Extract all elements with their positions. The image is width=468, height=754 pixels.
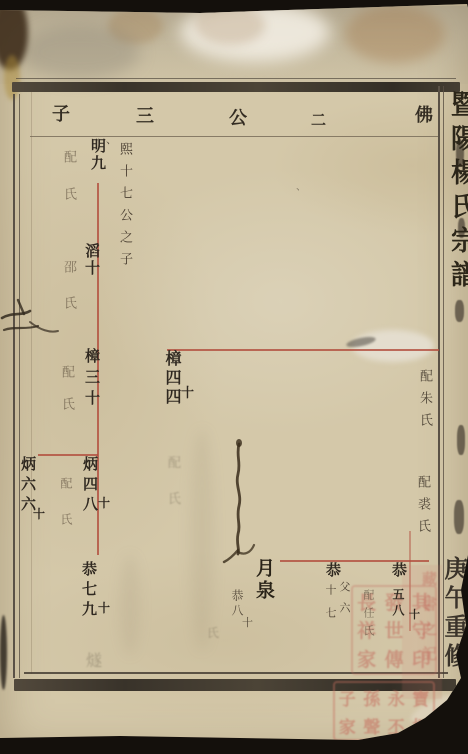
- stain-brown-ring: [195, 5, 265, 45]
- seal-glyph: 藏: [420, 571, 438, 596]
- stain-gray: [20, 25, 140, 80]
- seal-glyph: 之: [420, 621, 438, 646]
- red-seal-strip: 藏書之記: [402, 565, 442, 699]
- ink-comma-mark: 、: [296, 178, 306, 193]
- person-label-gong79: 恭七九 十: [81, 561, 96, 621]
- seal-glyph: 書: [420, 596, 438, 621]
- ghost-char: 氏: [168, 488, 181, 507]
- paper-sheet: 長發其 祥世守 家傳印 藏書之記 子孫永寶 家聲丕振 佛 二 公 三 子 暨陽楊…: [0, 0, 468, 754]
- person-name-side-digit: 十: [98, 494, 110, 511]
- fold-crease: [31, 92, 32, 674]
- ink-crack-squiggle: [215, 435, 265, 570]
- seal-glyph: 永: [388, 685, 405, 710]
- ghost-char: 燧: [86, 648, 102, 671]
- seal-glyph: 丕: [388, 713, 405, 738]
- seal-glyph: 聲: [363, 713, 380, 738]
- bleed-through-smudge: [190, 430, 214, 650]
- frame-left-border: [13, 94, 15, 678]
- stain-white-patch: [352, 330, 434, 362]
- edition-note: 庚午重修: [442, 556, 466, 672]
- red-seal-bottom: 子孫永寶 家聲丕振: [333, 681, 435, 741]
- seal-glyph: 傳: [384, 645, 403, 672]
- person-name-stack: 恭七九: [81, 561, 96, 621]
- stain-brown-ring: [345, 5, 445, 63]
- generation-note: 熙十七公之子: [118, 142, 131, 274]
- edge-speck: [457, 425, 465, 455]
- bleed-through-smudge: [120, 555, 140, 655]
- seal-glyph: 振: [412, 713, 429, 738]
- seal-glyph: 寶: [412, 685, 429, 710]
- person-label-gong80: 恭八 十: [231, 589, 243, 619]
- seal-glyph: 家: [339, 713, 356, 738]
- ink-scribble-mark: [0, 295, 65, 350]
- edge-speck: [455, 300, 464, 322]
- spouse-label-zhang30: 配氏: [60, 365, 73, 429]
- scanned-genealogy-page: 長發其 祥世守 家傳印 藏書之記 子孫永寶 家聲丕振 佛 二 公 三 子 暨陽楊…: [0, 0, 468, 754]
- frame-top-band: [12, 82, 460, 92]
- person-name-side-digit: 十: [409, 606, 420, 622]
- spouse-label-mingjiu: 配氏: [62, 150, 75, 224]
- header-char-zi: 子: [52, 100, 70, 126]
- header-char-san: 三: [136, 102, 154, 128]
- connector-horizontal-upper: [167, 349, 439, 351]
- spouse-label-bing48: 配氏: [60, 477, 72, 549]
- person-name-head: 恭: [392, 559, 407, 580]
- person-label-mingjiu: 明九: [90, 138, 105, 172]
- person-note-right-column: 父六: [339, 581, 350, 623]
- stain-edge-dark: [0, 615, 7, 690]
- ink-comma-mark: 、: [106, 131, 117, 147]
- frame-top-thin: [16, 78, 456, 79]
- seal-glyph: 記: [420, 646, 438, 671]
- ghost-char: 配: [168, 452, 181, 471]
- person-name-side-digit: 十: [242, 614, 253, 630]
- spouse-label-gong58: 配任氏: [363, 589, 374, 643]
- seal-glyph: 家: [357, 645, 376, 672]
- person-name-stack: 五八: [392, 588, 404, 620]
- seal-glyph: 子: [339, 685, 356, 710]
- person-label-bing48: 炳四八 十: [82, 456, 97, 516]
- person-name-side-digit: 十: [33, 505, 45, 522]
- person-name-side-digit: 十: [181, 382, 194, 401]
- person-label-zhang44: 樟四四 十: [164, 350, 180, 407]
- edge-speck: [454, 500, 464, 534]
- person-name-head: 恭: [326, 559, 341, 580]
- seal-glyph: 世: [384, 616, 403, 643]
- spouse-label-zhu: 配朱氏: [418, 369, 431, 435]
- header-char-gong: 公: [229, 104, 247, 130]
- book-title-column: 暨陽楊氏宗譜: [448, 90, 468, 294]
- header-char-er: 二: [311, 109, 326, 130]
- person-note-left-column: 十七: [325, 584, 336, 630]
- seal-glyph: 孫: [363, 685, 380, 710]
- spouse-label-qiu: 配裘氏: [416, 475, 429, 541]
- person-label-taoshi: 滔十: [84, 243, 99, 277]
- person-label-bing66: 炳六六 十: [20, 456, 35, 516]
- frame-header-separator: [30, 136, 438, 137]
- header-char-fo: 佛: [415, 101, 433, 127]
- person-name-side-digit: 十: [98, 599, 110, 616]
- person-name-stack: 樟四四: [164, 350, 180, 407]
- frame-left-border-inner: [19, 94, 20, 678]
- person-label-zhang30: 樟三十: [84, 348, 99, 411]
- person-name-stack: 炳四八: [82, 456, 97, 516]
